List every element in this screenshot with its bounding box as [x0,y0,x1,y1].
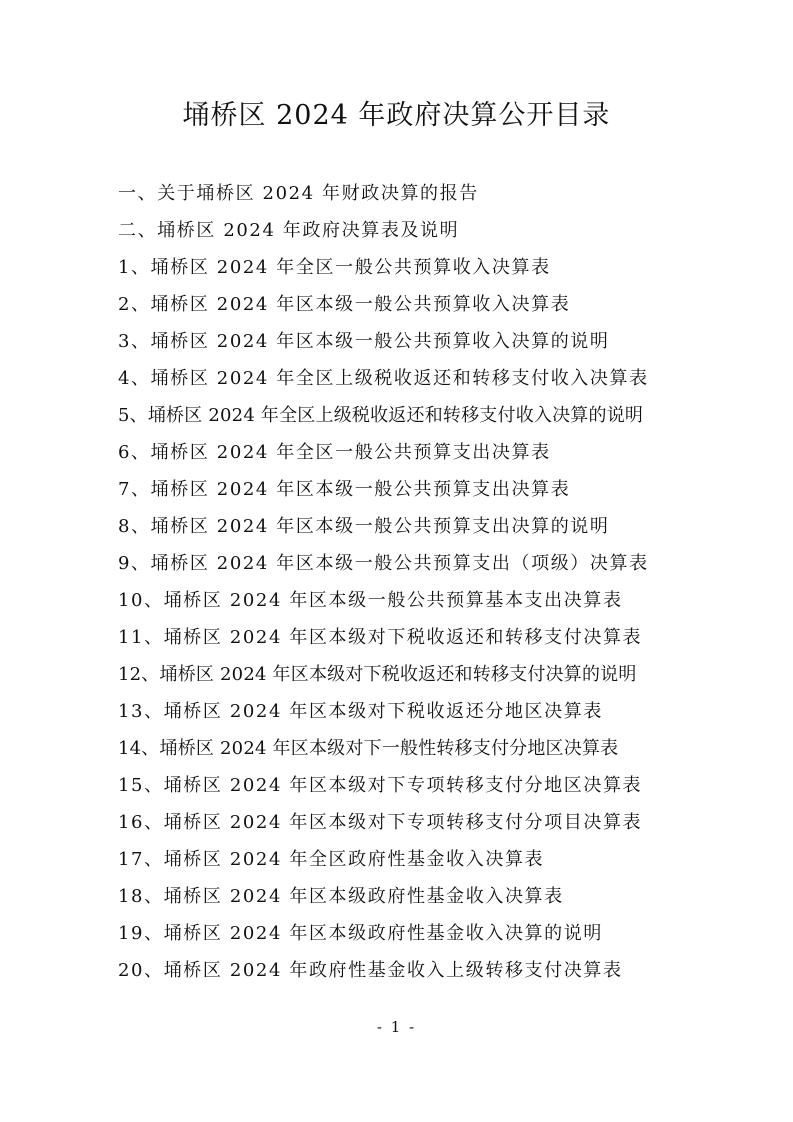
toc-item-1: 1、埇桥区 2024 年全区一般公共预算收入决算表 [118,249,698,286]
toc-item-tables-and-notes: 二、埇桥区 2024 年政府决算表及说明 [118,212,698,249]
toc-item-7: 7、埇桥区 2024 年区本级一般公共预算支出决算表 [118,471,698,508]
toc-item-12: 12、埇桥区 2024 年区本级对下税收返还和转移支付决算的说明 [118,656,698,693]
toc-item-13: 13、埇桥区 2024 年区本级对下税收返还分地区决算表 [118,693,698,730]
toc-item-18: 18、埇桥区 2024 年区本级政府性基金收入决算表 [118,878,698,915]
toc-item-16: 16、埇桥区 2024 年区本级对下专项转移支付分项目决算表 [118,804,698,841]
toc-item-2: 2、埇桥区 2024 年区本级一般公共预算收入决算表 [118,286,698,323]
toc-item-8: 8、埇桥区 2024 年区本级一般公共预算支出决算的说明 [118,508,698,545]
toc-item-15: 15、埇桥区 2024 年区本级对下专项转移支付分地区决算表 [118,767,698,804]
toc-item-report: 一、关于埇桥区 2024 年财政决算的报告 [118,175,698,212]
toc-item-20: 20、埇桥区 2024 年政府性基金收入上级转移支付决算表 [118,952,698,989]
toc-item-6: 6、埇桥区 2024 年全区一般公共预算支出决算表 [118,434,698,471]
document-page: 埇桥区 2024 年政府决算公开目录 一、关于埇桥区 2024 年财政决算的报告… [0,0,793,1122]
toc-item-17: 17、埇桥区 2024 年全区政府性基金收入决算表 [118,841,698,878]
toc-item-10: 10、埇桥区 2024 年区本级一般公共预算基本支出决算表 [118,582,698,619]
toc-item-5: 5、埇桥区 2024 年全区上级税收返还和转移支付收入决算的说明 [118,397,698,434]
toc-item-19: 19、埇桥区 2024 年区本级政府性基金收入决算的说明 [118,915,698,952]
toc-item-4: 4、埇桥区 2024 年全区上级税收返还和转移支付收入决算表 [118,360,698,397]
page-number: - 1 - [0,1018,793,1036]
table-of-contents: 一、关于埇桥区 2024 年财政决算的报告 二、埇桥区 2024 年政府决算表及… [118,175,698,989]
toc-item-3: 3、埇桥区 2024 年区本级一般公共预算收入决算的说明 [118,323,698,360]
toc-item-14: 14、埇桥区 2024 年区本级对下一般性转移支付分地区决算表 [118,730,698,767]
toc-item-11: 11、埇桥区 2024 年区本级对下税收返还和转移支付决算表 [118,619,698,656]
toc-item-9: 9、埇桥区 2024 年区本级一般公共预算支出（项级）决算表 [118,545,698,582]
document-title: 埇桥区 2024 年政府决算公开目录 [0,96,793,136]
